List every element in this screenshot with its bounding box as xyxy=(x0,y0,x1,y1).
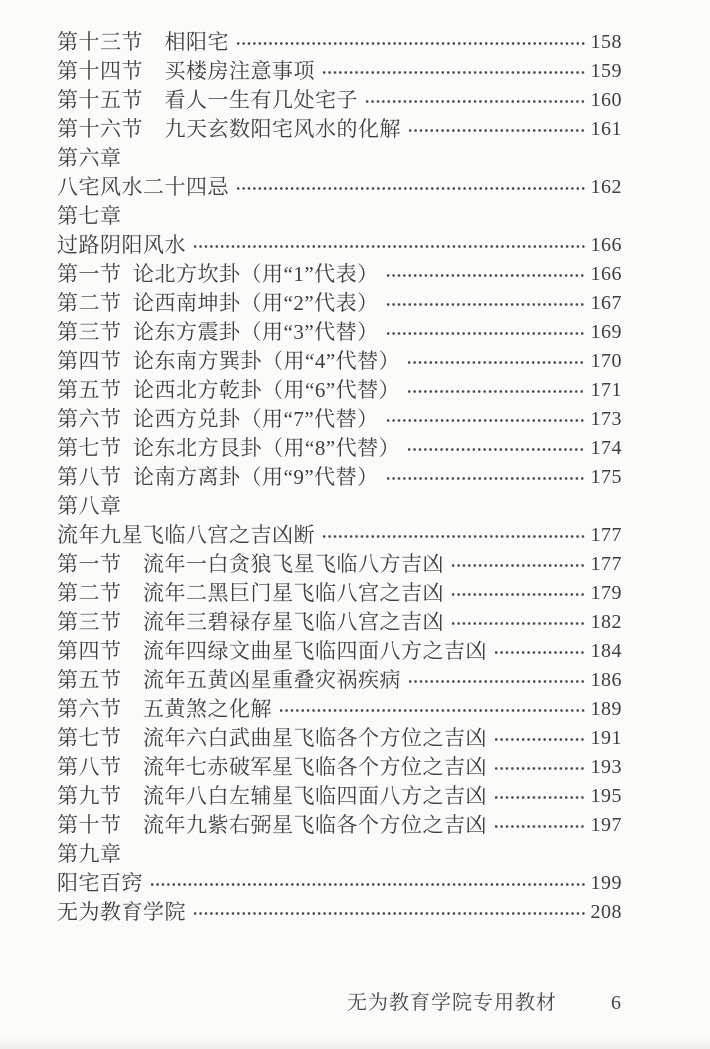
toc-entry: 第六节 论西方兑卦（用“7”代替） 173 xyxy=(57,405,622,434)
toc-page-number: 177 xyxy=(588,521,622,550)
toc-entry-label: 第八节 流年七赤破军星飞临各个方位之吉凶 xyxy=(57,753,487,782)
toc-leader-dots xyxy=(193,906,585,921)
toc-entry: 第十六节 九天玄数阳宅风水的化解 161 xyxy=(57,115,622,144)
toc-entry-label: 第一节 论北方坎卦（用“1”代表） xyxy=(57,260,379,289)
toc-entry-label: 第四节 论东南方巽卦（用“4”代替） xyxy=(57,347,400,376)
toc-entry-label: 流年九星飞临八宫之吉凶断 xyxy=(57,521,315,550)
toc-entry: 第七节 论东北方艮卦（用“8”代替） 174 xyxy=(57,434,622,463)
toc-page-number: 162 xyxy=(588,173,622,202)
toc-entry-label: 第五节 流年五黄凶星重叠灾祸疾病 xyxy=(57,666,401,695)
toc-leader-dots xyxy=(494,645,585,660)
toc-page-number: 173 xyxy=(588,405,622,434)
toc-leader-dots xyxy=(451,558,585,573)
toc-entry: 第二节 流年二黑巨门星飞临八宫之吉凶 179 xyxy=(57,579,622,608)
toc-entry-label: 第六节 论西方兑卦（用“7”代替） xyxy=(57,405,379,434)
toc-leader-dots xyxy=(386,297,585,312)
toc-entry-label: 第五节 论西北方乾卦（用“6”代替） xyxy=(57,376,400,405)
toc-entry-label: 第十节 流年九紫右弼星飞临各个方位之吉凶 xyxy=(57,811,487,840)
toc-page-number: 191 xyxy=(588,724,622,753)
toc-entry: 第七节 流年六白武曲星飞临各个方位之吉凶 191 xyxy=(57,724,622,753)
toc-page-number: 182 xyxy=(588,608,622,637)
toc-leader-dots xyxy=(494,761,585,776)
footer-imprint: 无为教育学院专用教材 xyxy=(347,986,557,1015)
toc-entry: 第八节 流年七赤破军星飞临各个方位之吉凶 193 xyxy=(57,753,622,782)
toc-entry-label: 阳宅百窍 xyxy=(57,869,143,898)
toc-leader-dots xyxy=(322,529,585,544)
toc-entry-label: 第七章 xyxy=(57,202,122,231)
toc-entry: 第五节 论西北方乾卦（用“6”代替） 171 xyxy=(57,376,622,405)
toc-chapter-heading: 第九章 xyxy=(57,840,622,869)
toc-entry: 无为教育学院 208 xyxy=(57,898,622,927)
toc-leader-dots xyxy=(150,877,585,892)
toc-page-number: 179 xyxy=(588,579,622,608)
toc-page-number: 197 xyxy=(588,811,622,840)
toc-leader-dots xyxy=(407,384,585,399)
toc-entry-label: 第九节 流年八白左辅星飞临四面八方之吉凶 xyxy=(57,782,487,811)
toc-leader-dots xyxy=(494,819,585,834)
toc-entry: 第十节 流年九紫右弼星飞临各个方位之吉凶 197 xyxy=(57,811,622,840)
toc-leader-dots xyxy=(322,65,585,80)
toc-entry: 第二节 论西南坤卦（用“2”代表） 167 xyxy=(57,289,622,318)
toc-entry-label: 第四节 流年四绿文曲星飞临四面八方之吉凶 xyxy=(57,637,487,666)
toc-entry-label: 第三节 论东方震卦（用“3”代替） xyxy=(57,318,379,347)
toc-leader-dots xyxy=(451,587,585,602)
toc-page-number: 186 xyxy=(588,666,622,695)
toc-leader-dots xyxy=(408,123,585,138)
toc-entry: 第八节 论南方离卦（用“9”代替） 175 xyxy=(57,463,622,492)
toc-leader-dots xyxy=(279,703,585,718)
toc-leader-dots xyxy=(407,355,585,370)
toc-page-number: 161 xyxy=(588,115,622,144)
toc-page-number: 195 xyxy=(588,782,622,811)
toc-entry: 第四节 论东南方巽卦（用“4”代替） 170 xyxy=(57,347,622,376)
toc-entry: 第一节 流年一白贪狼飞星飞临八方吉凶 177 xyxy=(57,550,622,579)
toc-page-number: 174 xyxy=(588,434,622,463)
toc-entry: 第十三节 相阳宅 158 xyxy=(57,28,622,57)
toc-leader-dots xyxy=(386,413,585,428)
scan-edge-shadow xyxy=(0,1037,710,1049)
toc-entry-label: 过路阴阳风水 xyxy=(57,231,186,260)
toc-leader-dots xyxy=(494,732,585,747)
page-margin-sidebar: 无为向化 万物皆有定数 万难皆有解数 xyxy=(650,0,710,1049)
toc-entry-label: 无为教育学院 xyxy=(57,898,186,927)
toc-entry-label: 八宅风水二十四忌 xyxy=(57,173,229,202)
toc-page-number: 177 xyxy=(588,550,622,579)
toc-page-number: 189 xyxy=(588,695,622,724)
toc-chapter-heading: 第六章 xyxy=(57,144,622,173)
toc-page-number: 184 xyxy=(588,637,622,666)
toc-entry: 第三节 论东方震卦（用“3”代替） 169 xyxy=(57,318,622,347)
toc-page-number: 199 xyxy=(588,869,622,898)
toc-entry-label: 第十六节 九天玄数阳宅风水的化解 xyxy=(57,115,401,144)
toc-chapter-heading: 第八章 xyxy=(57,492,622,521)
toc-entry: 八宅风水二十四忌 162 xyxy=(57,173,622,202)
toc-entry-label: 第七节 论东北方艮卦（用“8”代替） xyxy=(57,434,400,463)
toc-page-number: 160 xyxy=(588,86,622,115)
toc-entry: 第九节 流年八白左辅星飞临四面八方之吉凶 195 xyxy=(57,782,622,811)
toc-page-number: 167 xyxy=(588,289,622,318)
toc-page-number: 171 xyxy=(588,376,622,405)
toc-leader-dots xyxy=(193,239,585,254)
toc-entry-label: 第三节 流年三碧禄存星飞临八宫之吉凶 xyxy=(57,608,444,637)
toc-page-number: 208 xyxy=(588,898,622,927)
toc-leader-dots xyxy=(365,94,585,109)
toc-page-number: 175 xyxy=(588,463,622,492)
toc-entry-label: 第十四节 买楼房注意事项 xyxy=(57,57,315,86)
toc-entry-label: 第二节 流年二黑巨门星飞临八宫之吉凶 xyxy=(57,579,444,608)
toc-entry-label: 第九章 xyxy=(57,840,122,869)
toc-leader-dots xyxy=(386,268,585,283)
toc-leader-dots xyxy=(407,442,585,457)
toc-page-number: 193 xyxy=(588,753,622,782)
toc-entry: 第一节 论北方坎卦（用“1”代表） 166 xyxy=(57,260,622,289)
toc-leader-dots xyxy=(494,790,585,805)
page-footer: 无为教育学院专用教材 6 xyxy=(57,986,622,1015)
toc-page-number: 166 xyxy=(588,260,622,289)
footer-page-number: 6 xyxy=(611,992,622,1015)
toc-entry: 第十四节 买楼房注意事项 159 xyxy=(57,57,622,86)
toc-entry-label: 第七节 流年六白武曲星飞临各个方位之吉凶 xyxy=(57,724,487,753)
toc-entry: 第六节 五黄煞之化解 189 xyxy=(57,695,622,724)
toc-entry: 第十五节 看人一生有几处宅子 160 xyxy=(57,86,622,115)
toc-entry: 阳宅百窍 199 xyxy=(57,869,622,898)
toc-page-number: 170 xyxy=(588,347,622,376)
toc-entry-label: 第六章 xyxy=(57,144,122,173)
toc-entry: 第三节 流年三碧禄存星飞临八宫之吉凶 182 xyxy=(57,608,622,637)
toc-entry-label: 第十五节 看人一生有几处宅子 xyxy=(57,86,358,115)
toc-entry: 过路阴阳风水 166 xyxy=(57,231,622,260)
toc-entry: 第五节 流年五黄凶星重叠灾祸疾病 186 xyxy=(57,666,622,695)
toc-entry: 第四节 流年四绿文曲星飞临四面八方之吉凶 184 xyxy=(57,637,622,666)
toc-chapter-heading: 第七章 xyxy=(57,202,622,231)
toc-entry: 流年九星飞临八宫之吉凶断 177 xyxy=(57,521,622,550)
toc-list: 第十三节 相阳宅 158 第十四节 买楼房注意事项 159 第十五节 看人一生有… xyxy=(57,28,622,927)
toc-page-number: 158 xyxy=(588,28,622,57)
toc-page-number: 159 xyxy=(588,57,622,86)
toc-entry-label: 第八节 论南方离卦（用“9”代替） xyxy=(57,463,379,492)
toc-entry-label: 第一节 流年一白贪狼飞星飞临八方吉凶 xyxy=(57,550,444,579)
toc-leader-dots xyxy=(386,326,585,341)
toc-leader-dots xyxy=(451,616,585,631)
toc-entry-label: 第八章 xyxy=(57,492,122,521)
toc-leader-dots xyxy=(236,181,585,196)
toc-leader-dots xyxy=(408,674,585,689)
toc-entry-label: 第二节 论西南坤卦（用“2”代表） xyxy=(57,289,379,318)
toc-leader-dots xyxy=(236,36,585,51)
toc-page-number: 166 xyxy=(588,231,622,260)
toc-entry-label: 第十三节 相阳宅 xyxy=(57,28,229,57)
toc-entry-label: 第六节 五黄煞之化解 xyxy=(57,695,272,724)
toc-leader-dots xyxy=(386,471,585,486)
toc-page-number: 169 xyxy=(588,318,622,347)
